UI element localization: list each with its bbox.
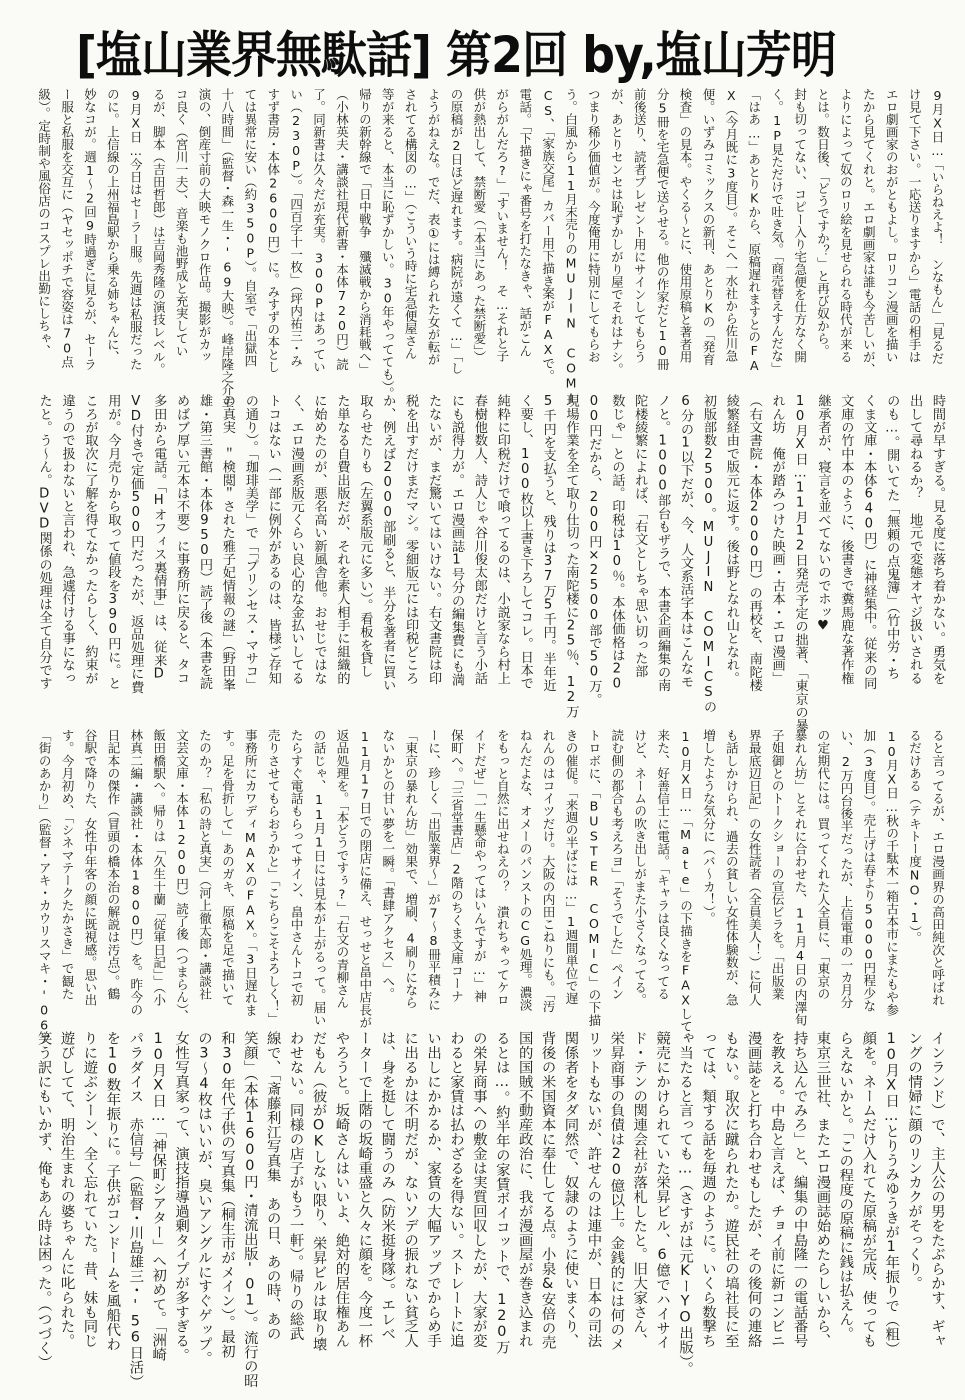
- text-column: （右文書院・本体2000円）の再校を、南陀楼: [742, 394, 765, 726]
- text-column: く。1P見ただけで吐き気。「商売替えすんだな」: [765, 88, 788, 390]
- text-column: 演の、倒産寸前の大映モノクロ作品。撮影がカッ: [192, 88, 215, 390]
- text-column: X（今月既に3度目）。そこへ一水社から佐川急: [719, 88, 742, 390]
- text-column: 界最底辺日記」の女性読者（全員美人！）に何人: [742, 729, 765, 1027]
- text-column: ると言ってるが、エロ漫画界の高田純次と呼ばれ: [925, 729, 948, 1027]
- text-column: たないが、まだ驚いてはいけない。右文書院は印: [421, 394, 444, 726]
- text-column: パラダイス 赤信号」（監督・川島雄三・'56日活）: [123, 1031, 146, 1391]
- text-column: 返品処理を。「本どうですぅ?」「右文の青柳さん: [330, 729, 353, 1027]
- text-column: ころが取次に了解を得てなかったらしく、約束が: [78, 394, 101, 726]
- text-column: く要し、100枚以上書き下ろしてコレ。日本で: [513, 394, 536, 726]
- text-column: す。今月初め、「シネマテークたかさき」で観た: [55, 729, 78, 1027]
- text-column: 笑顔」（本体1600円・清流出版'01）。流行の昭: [238, 1031, 261, 1391]
- text-column: に出るかは不明だが、ないソデの振れない貧乏人: [398, 1031, 421, 1391]
- text-column: 笑う訳にもいかず、俺もあん時は困った。（つづく）: [32, 1031, 55, 1391]
- text-column: たと。う〜ん。DVD関係の処理は全て自分です: [32, 394, 55, 726]
- text-column: るが、脚本（吉田哲郎）は吉岡秀隆の演技レベル。: [146, 88, 169, 390]
- text-column: コ良く（宮川一夫）、音楽も池野成と充実してい: [169, 88, 192, 390]
- text-column: 持ち込んでみろ」と、編集の中島隆一の電話番号: [788, 1031, 811, 1391]
- text-column: にも説得力が。エロ漫画誌1号分の編集費にも満: [444, 394, 467, 726]
- text-column: 事務所にカワディMAXのFAX。「3日遅れま: [238, 729, 261, 1027]
- text-column: されてる構図の…」（こういう時に宅急便屋さん: [398, 88, 421, 390]
- text-column: トロボに、「BUSTER COMIC」の下描: [582, 729, 605, 1027]
- text-column: りに遊ぶシーン、全く忘れていた。昔、妹も同じ: [78, 1031, 101, 1391]
- text-column: 便。いずみコミックスの新刊、あとりKの「発育: [696, 88, 719, 390]
- text-column: は、身を挺して闘うのみ（防米挺身隊）。エレベ: [375, 1031, 398, 1391]
- text-column: 文庫の竹中本のように、後書きで糞馬鹿な著作権: [833, 394, 856, 726]
- text-column: とは。数日後、「どうですか？」と再び奴から。: [811, 88, 834, 390]
- text-column: のに。上信線の上州福島駅から乗る姉ちゃんに、: [100, 88, 123, 390]
- text-column: （小林英夫・講談社現代新書・本体720円）読: [330, 88, 353, 390]
- text-column: ーターで上階の坂崎重盛と久々に顔を。今度一杯: [352, 1031, 375, 1391]
- text-column: 保町へ。「三省堂書店」2階のちくま文庫コーナ: [444, 729, 467, 1027]
- text-column: 子姐御とのトークショーの宣伝ビラを。「出版業: [765, 729, 788, 1027]
- text-column: 検査」の見本。やくる〜とに、使用原稿と著者用: [673, 88, 696, 390]
- text-column: の真実 ＂検閲＂された雅子妃情報の謎」（野田峯: [215, 394, 238, 726]
- text-column: たから見てくれと。エロ劇画家は誰も今苦しいが、: [856, 88, 879, 390]
- text-column: 封も切ってない、コピー入り宅急便を仕方なく開: [788, 88, 811, 390]
- text-column: い出しにかかるか、家賃の大幅アップでからめ手: [421, 1031, 444, 1391]
- text-band-2: 時間が早すぎる。見る度に落ち着かない。勇気を出して尋ねるか？ 地元で変態オヤジ扱…: [32, 394, 948, 726]
- text-column: 供が熱出して、禁断愛（「本当にあった禁断愛」）: [467, 88, 490, 390]
- text-column: ングの情婦に顔のリンカクがそっくり。: [902, 1031, 925, 1391]
- text-column: だもん（彼がOKしない限り、栄昇ビルは取り壊: [307, 1031, 330, 1391]
- text-column: よりによって奴のロリ絵を見せられる時代が来る: [833, 88, 856, 390]
- text-column: 綾繁経由で版元に返す。後は野となれ山となれ。: [719, 394, 742, 726]
- page-title: [塩山業界無駄話] 第2回 by,塩山芳明: [76, 16, 936, 87]
- text-column: 用が。今月売りから取って値段を390円に。と: [100, 394, 123, 726]
- text-column: くま文庫・本体640円）に神経集中。従来の同: [856, 394, 879, 726]
- text-column: るだけある（テキトー度NO・1）。: [902, 729, 925, 1027]
- text-column: 級）。定時制や風俗店のコスプレ出勤にしちゃ、: [32, 88, 55, 390]
- text-column: 雄・第三書館・本体950円）読了後（本書を読: [192, 394, 215, 726]
- text-column: ー服と私服を交互に（ヤセッポチで容姿は70点: [55, 88, 78, 390]
- text-column: 分5冊を宅急便で送らせる。他の作家だと10冊: [650, 88, 673, 390]
- text-band-1: 9月X日…「いらねえよ！ ンなもん」「見るだけ見て下さい。一応送りますから」電話…: [32, 88, 948, 390]
- text-column: 漫画誌をと打ち合わせもしたが、その後何の連絡: [742, 1031, 765, 1391]
- text-column: 6分の1以下だが、今、人文系活字本はこんなモ: [673, 394, 696, 726]
- text-column: い、2万円台後半だったが、上信電車の一カ月分: [833, 729, 856, 1027]
- text-column: 違うので扱わないと言われ、急遽付ける事になっ: [55, 394, 78, 726]
- text-column: の栄昇商事への敷金は実質回収したが、大家が変: [467, 1031, 490, 1391]
- text-column: トコはない（一部に例外があるのは、皆様ご存知: [261, 394, 284, 726]
- text-column: るとは…。約半年の家賃ボイコットで、120万: [490, 1031, 513, 1391]
- text-column: やろうと。坂崎さんはいいよ、絶対的居住権あん: [330, 1031, 353, 1391]
- text-column: 林真二編・講談社・本体1800円）を。昨今の: [123, 729, 146, 1027]
- text-column: 「街のあかり」（監督・アキ・カウリスマキ・'06フ: [32, 729, 55, 1027]
- text-column: エロ劇画家のおがともよし。ロリコン漫画を描い: [879, 88, 902, 390]
- text-column: CS、「家族交尾」カバー用下描き案がFAXで。: [536, 88, 559, 390]
- text-column: 純粋に印税だけで喰ってるのは、小説家なら村上: [490, 394, 513, 726]
- text-column: ようがねえな。でだ、表①には縛られた女が転が: [421, 88, 444, 390]
- text-column: 10月X日…「Mate」の下描きをFAXして: [673, 729, 696, 1027]
- text-column: イドだぜ」「一生懸命やってはいんですが…」神: [467, 729, 490, 1027]
- text-column: っては、類する話を毎週のように。いくら数撃ち: [696, 1031, 719, 1391]
- text-column: ゃ当たると言っても…（さすがは元KーYO出版）。: [673, 1031, 696, 1391]
- text-column: 了。同新書は久々だが充実。300Pはあってい: [307, 88, 330, 390]
- text-column: 関係者をタダ同然で、奴隷のように使いまくり、: [559, 1031, 582, 1391]
- text-column: 取らせたりも（左翼系版元に多い）。看板を貸し: [352, 394, 375, 726]
- text-column: 暴れん坊」とそれに合わせた、11月4日の内澤旬: [788, 729, 811, 1027]
- text-column: 継承者が、寝言を並べてないのでホッ♥: [811, 394, 834, 726]
- text-column: 初版部数2500。MUJIN COMICSの: [696, 394, 719, 726]
- text-column: の原稿が2日ほど遅れます。病院が遠くて…」「し: [444, 88, 467, 390]
- text-column: 春樹他数人、詩人じゃ谷川俊太郎だけと言う小話: [467, 394, 490, 726]
- text-column: け見て下さい。一応送りますから」電話の相手は: [902, 88, 925, 390]
- text-column: 十八時間」（監督・森一生・'69大映）。峰岸隆之介主: [215, 88, 238, 390]
- text-column: をもっと自然に出せねえの？ 潰れちゃってケロ: [490, 729, 513, 1027]
- text-column: 顔を。ネームだけ入れてた原稿が完成、使っても: [856, 1031, 879, 1391]
- text-column: が、あとりセンセは恥ずかしがり屋でそれはナシ。: [604, 88, 627, 390]
- text-column: VD付きで定価500円だったが、返品処理に費: [123, 394, 146, 726]
- text-column: 税を出すだけまだマシ。零細版元には印税どころ: [398, 394, 421, 726]
- text-column: たのか？「私の詩と真実」（河上徹太郎・講談社: [192, 729, 215, 1027]
- text-band-4: インランド）で、主人公の男をたぶらかす、ギャングの情婦に顔のリンカクがそっくり。…: [32, 1031, 948, 1391]
- text-column: す。足を骨折して」あのガキ、原稿を足で描いて: [215, 729, 238, 1027]
- text-column: 栄昇商事の負債は20億以上。金銭的には何のメ: [604, 1031, 627, 1391]
- text-column: ド・テンの関連会社が落札したと。旧大家さん、: [627, 1031, 650, 1391]
- text-column: 飯田橋駅へ。帰りは「久生十蘭「従軍日記」」（小: [146, 729, 169, 1027]
- text-column: がらがんだろ?」「すいません！ そ…それと子: [490, 88, 513, 390]
- text-band-3: ると言ってるが、エロ漫画界の高田純次と呼ばれるだけある（テキトー度NO・1）。1…: [32, 729, 948, 1027]
- text-column: らえないかと。「この程度の原稿に銭は払えん。: [833, 1031, 856, 1391]
- text-column: 11月17日での閉店に備え、せっせと畠中店長が: [352, 729, 375, 1027]
- text-column: もない。取次に蹴られたか。遊民社の塙社長に至: [719, 1031, 742, 1391]
- text-column: ては異常に安い（約350P）。自室で「出獄四: [238, 88, 261, 390]
- text-column: 増したような気分に（バ〜カ！）。: [696, 729, 719, 1027]
- text-column: 和30年代子供の写真集（桐生市がメイン）。最初: [215, 1031, 238, 1391]
- text-column: ないかとの甘い夢を一瞬。「書肆アクセス」へ。: [375, 729, 398, 1027]
- text-column: 多田から電話。「Hオフィス裏情事」は、従来D: [146, 394, 169, 726]
- text-column: れんのはコイツだけ。大阪の内田こねりにも。「汚: [536, 729, 559, 1027]
- text-column: 00円だから、200円×2500部で50万。: [582, 394, 605, 726]
- text-column: ねんだよな、オメーのパンストのCG処理。濃淡: [513, 729, 536, 1027]
- text-column: に始めたのが、悪名高い新風舎他。おせじではな: [307, 394, 330, 726]
- text-column: 帰りの新幹線で「日中戦争 殲滅戦から消耗戦へ」: [352, 88, 375, 390]
- text-column: れん坊 俺が踏みつけた映画・古本・エロ漫画」: [765, 394, 788, 726]
- text-column: た単なる自費出版だが、それを素人相手に組織的: [330, 394, 353, 726]
- text-column: い（230P）。「四百字十一枚」（坪内祐三・み: [284, 88, 307, 390]
- text-column: すず書房・本体2600円）に。みすずの本とし: [261, 88, 284, 390]
- text-column: 背後の米国資本に奉仕してる点。小泉&安倍の売: [536, 1031, 559, 1391]
- text-column: 9月X日…「いらねえよ！ ンなもん」「見るだ: [925, 88, 948, 390]
- text-column: リットもないが、許せんのは連中が、日本の司法: [582, 1031, 605, 1391]
- text-column: 読む側の都合も考えろヨ」「そうでした」ペイン: [604, 729, 627, 1027]
- text-column: 女性写真家って、演技指導過剰タイプが多すぎる。: [169, 1031, 192, 1391]
- scanned-page: { "title": "[塩山業界無駄話] 第2回 by,塩山芳明", "ban…: [0, 0, 965, 1400]
- text-column: 加（3度目）。売上げは春より5000円程少な: [856, 729, 879, 1027]
- text-column: わると家賃は払わざるを得ない。ストレートに追: [444, 1031, 467, 1391]
- text-column: 妙なコが。週1〜2回9時過ぎに見るが、セーラ: [78, 88, 101, 390]
- text-column: 数じゃ」との話。印税は10％。本体価格は20: [604, 394, 627, 726]
- text-column: ーに、珍しく「出版業界〜」が7〜8冊平積みに: [421, 729, 444, 1027]
- text-column: 東京三世社、またエロ漫画誌始めたらしいから、: [811, 1031, 834, 1391]
- text-column: のも…。開いてた「無頼の点鬼簿」（竹中労・ち: [879, 394, 902, 726]
- text-column: か、例えば2000部刷ると、半分を著者に買い: [375, 394, 398, 726]
- text-column: めばブ厚い元本は不要）に事務所に戻ると、タコ: [169, 394, 192, 726]
- text-column: 陀楼綾繁によれば、「右文としちゃ思い切った部: [627, 394, 650, 726]
- text-column: 「はあ…」あとりKから、原稿遅れますとのFA: [742, 88, 765, 390]
- text-column: けど、ネームの吹き出しがまた小さくなってる。: [627, 729, 650, 1027]
- text-column: の定期代には。買ってくれた人全員に、「東京の: [811, 729, 834, 1027]
- text-column: う。白風から11月末売りのMUJIN COMI: [559, 88, 582, 390]
- text-column: 現場作業を全て取り仕切った南陀楼に25％、12万: [559, 394, 582, 726]
- text-column: 10月X日…とりうみゆうきが1年振りで（粗）: [879, 1031, 902, 1391]
- text-column: 線で、「斎藤利江写真集 あの日、あの時、あの: [261, 1031, 284, 1391]
- text-column: たらすぐ電話もらってサイン、畠中さんトコで初: [284, 729, 307, 1027]
- text-column: わせない。同様の店子がもう一軒）。帰りの総武: [284, 1031, 307, 1391]
- text-column: ノと。1000部台もザラで、本書企画編集の南: [650, 394, 673, 726]
- text-column: 出して尋ねるか？ 地元で変態オヤジ扱いされる: [902, 394, 925, 726]
- text-column: インランド）で、主人公の男をたぶらかす、ギャ: [925, 1031, 948, 1391]
- text-column: の通り）。「珈琲美学」で「「プリンセス・マサコ」: [238, 394, 261, 726]
- text-column: 10月X日…11月12日発売予定の拙著、「東京の暴: [788, 394, 811, 726]
- text-column: つまり稀少価値が。今度俺用に特別にしてもらお: [582, 88, 605, 390]
- text-column: く、エロ漫画系版元くらい良心的な金払いしてる: [284, 394, 307, 726]
- text-column: を10数年振りに。子供がコンドームを風船代わ: [100, 1031, 123, 1391]
- text-column: の話じゃ、11月1日には見本が上がるって。届い: [307, 729, 330, 1027]
- text-column: 5千円を支払うと、残りは37万5千円。半年近: [536, 394, 559, 726]
- text-column: 10月X日…「神保町シアター」へ初めて。「洲崎: [146, 1031, 169, 1391]
- text-column: の3〜4枚はいいが、臭いアングルにすぐゲップ。: [192, 1031, 215, 1391]
- text-column: 売りさせてもらおうかと」「こちらこそよろしく！」: [261, 729, 284, 1027]
- text-column: 10月X日…秋の千駄木一箱古本市にまたもや参: [879, 729, 902, 1027]
- text-column: 9月X日…今日はセーラー服。先週は私服だった: [123, 88, 146, 390]
- text-column: きの催促。「来週の半ばには…」1週間単位で遅: [559, 729, 582, 1027]
- text-column: 「東京の暴れん坊」効果で、増刷、4刷りになら: [398, 729, 421, 1027]
- text-column: 等が来ると、本当に恥ずかしい。30年やってても）。: [375, 88, 398, 390]
- text-column: 競売にかけられていた栄昇ビル、6億でハイサイ: [650, 1031, 673, 1391]
- text-column: も話しかけられ、過去の貧しい女性体験数が、急: [719, 729, 742, 1027]
- text-column: 日記本の傑作（冒頭の橋本治の解説は汚点）。鶴: [100, 729, 123, 1027]
- text-column: 遊びしてて、明治生まれの婆ちゃんに叱られた。: [55, 1031, 78, 1391]
- text-column: 時間が早すぎる。見る度に落ち着かない。勇気を: [925, 394, 948, 726]
- text-column: 電話。「下描きにゃ番号を打たなきゃ、話がこん: [513, 88, 536, 390]
- text-column: 文芸文庫・本体1200円）読了後（つまらん）、: [169, 729, 192, 1027]
- text-column: 国的国賊不動産政治に、我が漫画屋が巻き込まれ: [513, 1031, 536, 1391]
- text-column: 前後送り、読者プレゼント用にサインしてもらう: [627, 88, 650, 390]
- text-column: 谷駅で降りた、女性中年客の顔に既視感。思い出: [78, 729, 101, 1027]
- text-column: を教える。中島と言えば、チョイ前に新コンビニ: [765, 1031, 788, 1391]
- text-column: 来た、好善信士に電話。「キャラは良くなってる: [650, 729, 673, 1027]
